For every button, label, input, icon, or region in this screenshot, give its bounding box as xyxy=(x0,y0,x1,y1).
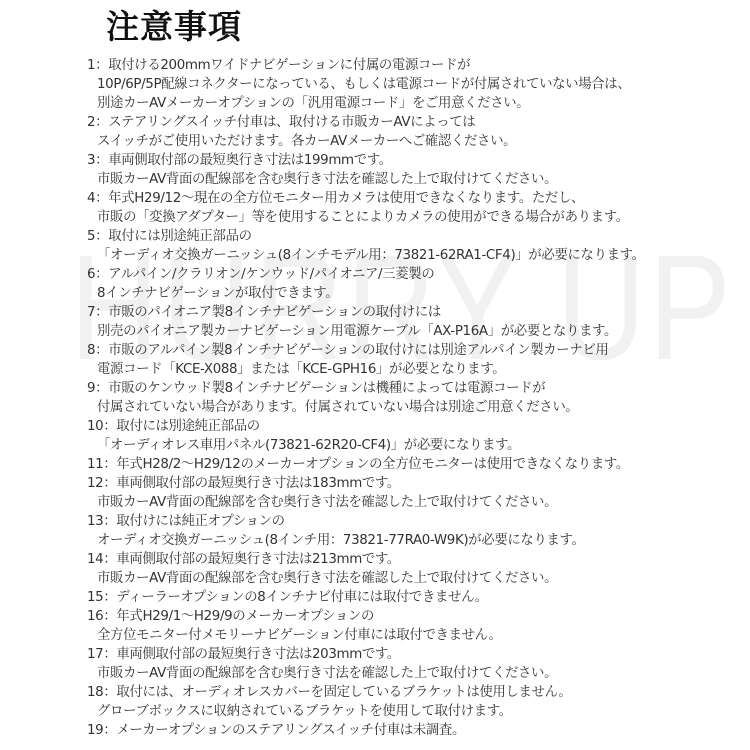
note-text: 車両側取付部の最短奥行き寸法は199mmです。 xyxy=(108,153,392,168)
note-first-line: 1：取付ける200mmワイドナビゲーションに付属の電源コードが xyxy=(87,56,727,75)
note-continuation-line: 別売のパイオニア製カーナビゲーション用電源ケーブル「AX-P16A」が必要となり… xyxy=(87,322,727,341)
note-separator: ： xyxy=(95,58,108,73)
note-item: 17：車両側取付部の最短奥行き寸法は203mmです。市販カーAV背面の配線部を含… xyxy=(87,645,727,683)
note-separator: ： xyxy=(95,191,108,206)
note-text: 取付には、オーディオレスカバーを固定しているブラケットは使用しません。 xyxy=(116,685,571,700)
note-text: 市販のケンウッド製8インチナビゲーションは機種によっては電源コードが xyxy=(108,381,545,396)
note-text: メーカーオプションのステアリングスイッチ付車は未調査。 xyxy=(116,723,465,738)
note-continuation-line: 10P/6P/5P配線コネクターになっている、もしくは電源コードが付属されていな… xyxy=(87,75,727,94)
note-number: 10 xyxy=(87,419,103,434)
note-text: 市販カーAV背面の配線部を含む奥行き寸法を確認した上で取付けてください。 xyxy=(97,571,557,586)
note-first-line: 19：メーカーオプションのステアリングスイッチ付車は未調査。 xyxy=(87,721,727,740)
note-continuation-line: オーディオ交換ガーニッシュ(8インチ用：73821-77RA0-W9K)が必要に… xyxy=(87,531,727,550)
note-separator: ： xyxy=(103,647,116,662)
note-continuation-line: 市販カーAV背面の配線部を含む奥行き寸法を確認した上で取付けてください。 xyxy=(87,664,727,683)
note-text: 車両側取付部の最短奥行き寸法は183mmです。 xyxy=(116,476,400,491)
note-text: 市販のパイオニア製8インチナビゲーションの取付けには xyxy=(108,305,441,320)
note-first-line: 11：年式H28/2～H29/12のメーカーオプションの全方位モニターは使用でき… xyxy=(87,455,727,474)
note-separator: ： xyxy=(103,419,116,434)
note-number: 5 xyxy=(87,229,95,244)
note-continuation-line: 付属されていない場合があります。付属されていない場合は別途ご用意ください。 xyxy=(87,398,727,417)
note-first-line: 17：車両側取付部の最短奥行き寸法は203mmです。 xyxy=(87,645,727,664)
note-separator: ： xyxy=(103,609,116,624)
note-number: 17 xyxy=(87,647,103,662)
note-first-line: 16：年式H29/1～H29/9のメーカーオプションの xyxy=(87,607,727,626)
note-item: 19：メーカーオプションのステアリングスイッチ付車は未調査。 xyxy=(87,721,727,740)
note-item: 12：車両側取付部の最短奥行き寸法は183mmです。市販カーAV背面の配線部を含… xyxy=(87,474,727,512)
note-continuation-line: グローブボックスに収納されているブラケットを使用して取付けます。 xyxy=(87,702,727,721)
notes-list: 1：取付ける200mmワイドナビゲーションに付属の電源コードが10P/6P/5P… xyxy=(87,56,727,740)
note-text: 年式H28/2～H29/12のメーカーオプションの全方位モニターは使用できなくな… xyxy=(116,457,628,472)
note-first-line: 14：車両側取付部の最短奥行き寸法は213mmです。 xyxy=(87,550,727,569)
note-number: 9 xyxy=(87,381,95,396)
note-continuation-line: 市販カーAV背面の配線部を含む奥行き寸法を確認した上で取付けてください。 xyxy=(87,569,727,588)
note-first-line: 12：車両側取付部の最短奥行き寸法は183mmです。 xyxy=(87,474,727,493)
note-number: 13 xyxy=(87,514,103,529)
note-text: 別売のパイオニア製カーナビゲーション用電源ケーブル「AX-P16A」が必要となり… xyxy=(97,324,617,339)
note-first-line: 9：市販のケンウッド製8インチナビゲーションは機種によっては電源コードが xyxy=(87,379,727,398)
note-number: 18 xyxy=(87,685,103,700)
note-continuation-line: 市販カーAV背面の配線部を含む奥行き寸法を確認した上で取付けてください。 xyxy=(87,493,727,512)
note-separator: ： xyxy=(95,153,108,168)
note-text: 取付には別途純正部品の xyxy=(116,419,259,434)
note-first-line: 3：車両側取付部の最短奥行き寸法は199mmです。 xyxy=(87,151,727,170)
note-text: アルパイン/クラリオン/ケンウッド/パイオニア/三菱製の xyxy=(108,267,434,282)
note-text: 市販カーAV背面の配線部を含む奥行き寸法を確認した上で取付けてください。 xyxy=(97,495,557,510)
note-text: 市販のアルパイン製8インチナビゲーションの取付けには別途アルパイン製カーナビ用 xyxy=(108,343,608,358)
note-text: 付属されていない場合があります。付属されていない場合は別途ご用意ください。 xyxy=(97,400,578,415)
note-first-line: 5：取付には別途純正部品の xyxy=(87,227,727,246)
note-item: 9：市販のケンウッド製8インチナビゲーションは機種によっては電源コードが付属され… xyxy=(87,379,727,417)
note-separator: ： xyxy=(95,115,108,130)
note-item: 16：年式H29/1～H29/9のメーカーオプションの全方位モニター付メモリーナ… xyxy=(87,607,727,645)
note-item: 7：市販のパイオニア製8インチナビゲーションの取付けには別売のパイオニア製カーナ… xyxy=(87,303,727,341)
note-text: 8インチナビゲーションが取付できます。 xyxy=(97,286,338,301)
note-item: 8：市販のアルパイン製8インチナビゲーションの取付けには別途アルパイン製カーナビ… xyxy=(87,341,727,379)
note-separator: ： xyxy=(103,552,116,567)
note-item: 6：アルパイン/クラリオン/ケンウッド/パイオニア/三菱製の8インチナビゲーショ… xyxy=(87,265,727,303)
note-separator: ： xyxy=(103,685,116,700)
note-number: 4 xyxy=(87,191,95,206)
note-separator: ： xyxy=(95,267,108,282)
note-continuation-line: 「オーディオ交換ガーニッシュ(8インチモデル用：73821-62RA1-CF4)… xyxy=(87,246,727,265)
note-separator: ： xyxy=(103,457,116,472)
note-text: 「オーディオ交換ガーニッシュ(8インチモデル用：73821-62RA1-CF4)… xyxy=(97,248,645,263)
note-item: 5：取付には別途純正部品の「オーディオ交換ガーニッシュ(8インチモデル用：738… xyxy=(87,227,727,265)
note-text: 全方位モニター付メモリーナビゲーション付車には取付できません。 xyxy=(97,628,502,643)
note-number: 12 xyxy=(87,476,103,491)
note-first-line: 7：市販のパイオニア製8インチナビゲーションの取付けには xyxy=(87,303,727,322)
note-text: 取付けには純正オプションの xyxy=(116,514,284,529)
note-number: 3 xyxy=(87,153,95,168)
note-first-line: 18：取付には、オーディオレスカバーを固定しているブラケットは使用しません。 xyxy=(87,683,727,702)
note-number: 7 xyxy=(87,305,95,320)
note-text: スイッチがご使用いただけます。各カーAVメーカーへご確認ください。 xyxy=(97,134,516,149)
note-number: 2 xyxy=(87,115,95,130)
note-number: 6 xyxy=(87,267,95,282)
note-continuation-line: 全方位モニター付メモリーナビゲーション付車には取付できません。 xyxy=(87,626,727,645)
note-item: 4：年式H29/12～現在の全方位モニター用カメラは使用できなくなります。ただし… xyxy=(87,189,727,227)
note-continuation-line: スイッチがご使用いただけます。各カーAVメーカーへご確認ください。 xyxy=(87,132,727,151)
note-continuation-line: 市販カーAV背面の配線部を含む奥行き寸法を確認した上で取付けてください。 xyxy=(87,170,727,189)
note-separator: ： xyxy=(95,229,108,244)
note-text: 取付ける200mmワイドナビゲーションに付属の電源コードが xyxy=(108,58,470,73)
note-first-line: 2：ステアリングスイッチ付車は、取付ける市販カーAVによっては xyxy=(87,113,727,132)
note-separator: ： xyxy=(103,514,116,529)
note-first-line: 13：取付けには純正オプションの xyxy=(87,512,727,531)
note-item: 14：車両側取付部の最短奥行き寸法は213mmです。市販カーAV背面の配線部を含… xyxy=(87,550,727,588)
note-continuation-line: 「オーディオレス車用パネル(73821-62R20-CF4)」が必要になります。 xyxy=(87,436,727,455)
note-continuation-line: 別途カーAVメーカーオプションの「汎用電源コード」をご用意ください。 xyxy=(87,94,727,113)
note-text: 年式H29/1～H29/9のメーカーオプションの xyxy=(116,609,374,624)
note-number: 1 xyxy=(87,58,95,73)
note-number: 19 xyxy=(87,723,103,738)
note-text: 市販カーAV背面の配線部を含む奥行き寸法を確認した上で取付けてください。 xyxy=(97,172,557,187)
note-text: 車両側取付部の最短奥行き寸法は213mmです。 xyxy=(116,552,400,567)
note-continuation-line: 市販の「変換アダプター」等を使用することによりカメラの使用ができる場合があります… xyxy=(87,208,727,227)
note-text: オーディオ交換ガーニッシュ(8インチ用：73821-77RA0-W9K)が必要に… xyxy=(97,533,585,548)
note-text: 別途カーAVメーカーオプションの「汎用電源コード」をご用意ください。 xyxy=(97,96,529,111)
note-first-line: 6：アルパイン/クラリオン/ケンウッド/パイオニア/三菱製の xyxy=(87,265,727,284)
note-text: 電源コード「KCE-X088」または「KCE-GPH16」が必要となります。 xyxy=(97,362,505,377)
note-text: 「オーディオレス車用パネル(73821-62R20-CF4)」が必要になります。 xyxy=(97,438,520,453)
note-text: 年式H29/12～現在の全方位モニター用カメラは使用できなくなります。ただし、 xyxy=(108,191,584,206)
note-item: 1：取付ける200mmワイドナビゲーションに付属の電源コードが10P/6P/5P… xyxy=(87,56,727,113)
page-title: 注意事項 xyxy=(106,6,242,48)
note-item: 10：取付には別途純正部品の「オーディオレス車用パネル(73821-62R20-… xyxy=(87,417,727,455)
note-separator: ： xyxy=(103,590,116,605)
note-first-line: 4：年式H29/12～現在の全方位モニター用カメラは使用できなくなります。ただし… xyxy=(87,189,727,208)
note-number: 14 xyxy=(87,552,103,567)
note-item: 13：取付けには純正オプションのオーディオ交換ガーニッシュ(8インチ用：7382… xyxy=(87,512,727,550)
note-text: 車両側取付部の最短奥行き寸法は203mmです。 xyxy=(116,647,400,662)
note-number: 8 xyxy=(87,343,95,358)
note-number: 15 xyxy=(87,590,103,605)
note-text: ディーラーオプションの8インチナビ付車には取付できません。 xyxy=(116,590,488,605)
note-separator: ： xyxy=(95,305,108,320)
note-first-line: 15：ディーラーオプションの8インチナビ付車には取付できません。 xyxy=(87,588,727,607)
note-text: 取付には別途純正部品の xyxy=(108,229,251,244)
note-separator: ： xyxy=(103,723,116,738)
note-first-line: 10：取付には別途純正部品の xyxy=(87,417,727,436)
note-text: 市販の「変換アダプター」等を使用することによりカメラの使用ができる場合があります… xyxy=(97,210,629,225)
note-number: 11 xyxy=(87,457,103,472)
note-text: 市販カーAV背面の配線部を含む奥行き寸法を確認した上で取付けてください。 xyxy=(97,666,557,681)
note-number: 16 xyxy=(87,609,103,624)
note-continuation-line: 8インチナビゲーションが取付できます。 xyxy=(87,284,727,303)
note-separator: ： xyxy=(95,381,108,396)
note-continuation-line: 電源コード「KCE-X088」または「KCE-GPH16」が必要となります。 xyxy=(87,360,727,379)
note-text: 10P/6P/5P配線コネクターになっている、もしくは電源コードが付属されていな… xyxy=(97,77,630,92)
note-item: 2：ステアリングスイッチ付車は、取付ける市販カーAVによってはスイッチがご使用い… xyxy=(87,113,727,151)
note-text: グローブボックスに収納されているブラケットを使用して取付けます。 xyxy=(97,704,512,719)
note-first-line: 8：市販のアルパイン製8インチナビゲーションの取付けには別途アルパイン製カーナビ… xyxy=(87,341,727,360)
note-item: 3：車両側取付部の最短奥行き寸法は199mmです。市販カーAV背面の配線部を含む… xyxy=(87,151,727,189)
note-item: 18：取付には、オーディオレスカバーを固定しているブラケットは使用しません。グロ… xyxy=(87,683,727,721)
note-item: 15：ディーラーオプションの8インチナビ付車には取付できません。 xyxy=(87,588,727,607)
note-text: ステアリングスイッチ付車は、取付ける市販カーAVによっては xyxy=(108,115,475,130)
note-separator: ： xyxy=(103,476,116,491)
note-separator: ： xyxy=(95,343,108,358)
note-item: 11：年式H28/2～H29/12のメーカーオプションの全方位モニターは使用でき… xyxy=(87,455,727,474)
